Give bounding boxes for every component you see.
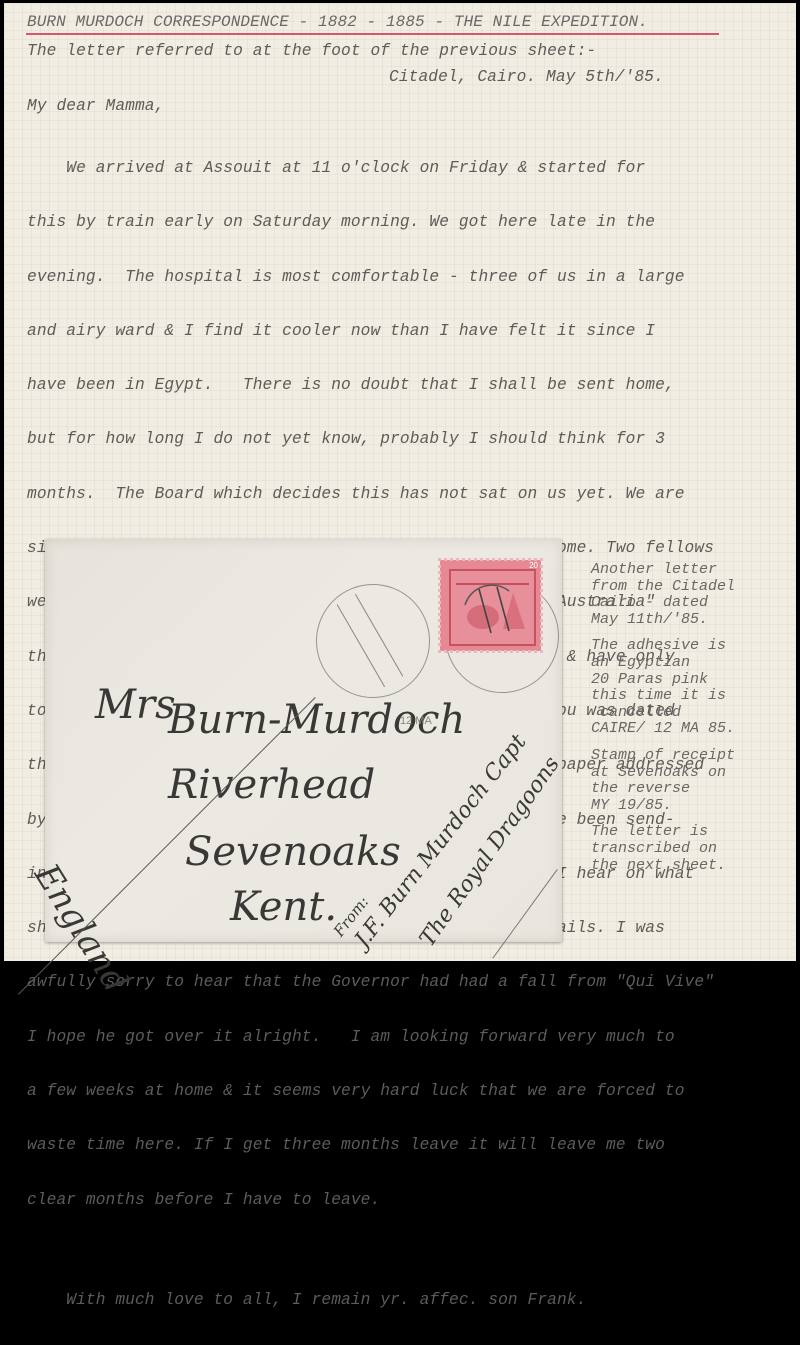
address-line-3: Kent. <box>230 884 337 930</box>
letter-salutation: My dear Mamma, <box>27 97 164 115</box>
letter-line: have been in Egypt. There is no doubt th… <box>27 376 714 394</box>
note-another-letter: Another letter from the Citadel Cairo - … <box>591 562 735 628</box>
sphinx-pyramid-icon <box>451 571 534 644</box>
address-line-1: Riverhead <box>168 762 375 808</box>
note-line: the next sheet. <box>591 858 735 875</box>
note-line: The adhesive is <box>591 638 735 655</box>
note-transcribed: The letter is transcribed on the next sh… <box>591 824 735 874</box>
postmark-bar <box>337 594 404 687</box>
letter-line: evening. The hospital is most comfortabl… <box>27 268 714 286</box>
title-underline <box>26 33 719 35</box>
album-page: BURN MURDOCH CORRESPONDENCE - 1882 - 188… <box>4 3 796 961</box>
stamp-design <box>449 569 536 646</box>
note-line: Another letter <box>591 562 735 579</box>
intro-line: The letter referred to at the foot of th… <box>27 42 596 60</box>
note-line: 20 Paras pink <box>591 672 735 689</box>
note-line: from the Citadel <box>591 579 735 596</box>
address-line-2: Sevenoaks <box>185 829 401 875</box>
note-line: Cairo - dated <box>591 595 735 612</box>
note-line: the reverse <box>591 781 735 798</box>
note-adhesive: The adhesive is an Egyptian 20 Paras pin… <box>591 638 735 738</box>
letter-place-date: Citadel, Cairo. May 5th/'85. <box>389 68 664 86</box>
note-line: cancelled <box>591 705 735 722</box>
letter-line: but for how long I do not yet know, prob… <box>27 430 714 448</box>
cairo-postmark <box>316 584 430 698</box>
note-receipt-stamp: Stamp of receipt at Sevenoaks on the rev… <box>591 748 735 814</box>
note-line: at Sevenoaks on <box>591 765 735 782</box>
note-line: transcribed on <box>591 841 735 858</box>
envelope-cover: 20 Mrs Burn-Murdoch 12 MA Riverhead Seve… <box>45 539 562 942</box>
note-line: May 11th/'85. <box>591 612 735 629</box>
note-line: an Egyptian <box>591 655 735 672</box>
note-line: MY 19/85. <box>591 798 735 815</box>
side-notes: Another letter from the Citadel Cairo - … <box>591 562 735 884</box>
egyptian-stamp: 20 <box>440 560 541 651</box>
note-line: this time it is <box>591 688 735 705</box>
address-prefix: Mrs <box>95 682 176 728</box>
page-title: BURN MURDOCH CORRESPONDENCE - 1882 - 188… <box>27 13 648 31</box>
letter-line: We arrived at Assouit at 11 o'clock on F… <box>27 159 714 177</box>
letter-line: and airy ward & I find it cooler now tha… <box>27 322 714 340</box>
note-line: Stamp of receipt <box>591 748 735 765</box>
letter-line: months. The Board which decides this has… <box>27 485 714 503</box>
note-line: CAIRE/ 12 MA 85. <box>591 721 735 738</box>
stamp-denomination: 20 <box>529 561 538 570</box>
note-line: The letter is <box>591 824 735 841</box>
pencil-note: 12 MA <box>400 715 432 727</box>
letter-line: this by train early on Saturday morning.… <box>27 213 714 231</box>
